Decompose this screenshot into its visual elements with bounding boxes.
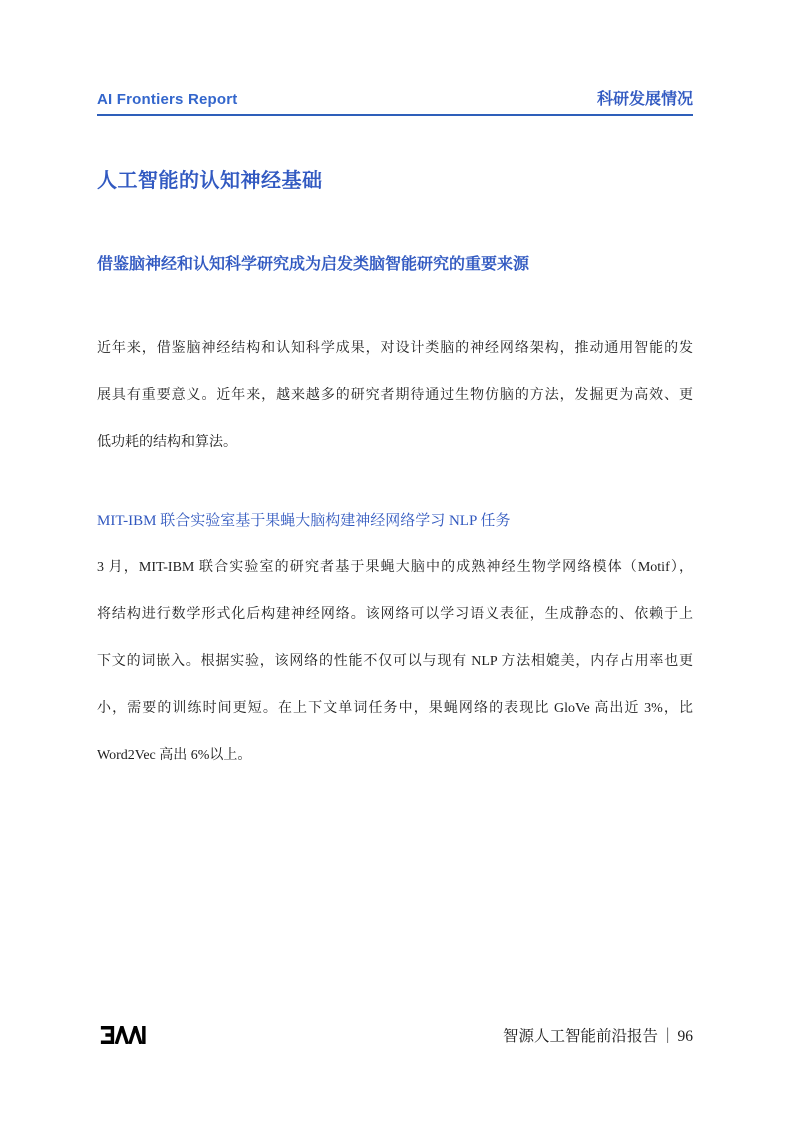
article-link-heading[interactable]: MIT-IBM 联合实验室基于果蝇大脑构建神经网络学习 NLP 任务 (97, 509, 510, 530)
paragraph-line: 展具有重要意义。近年来，越来越多的研究者期待通过生物仿脑的方法，发掘更为高效、更 (97, 372, 693, 419)
page-number: 96 (678, 1028, 694, 1045)
paragraph-line: 小，需要的训练时间更短。在上下文单词任务中，果蝇网络的表现比 GloVe 高出近… (97, 685, 693, 732)
page-footer: 智源人工智能前沿报告｜96 (97, 1023, 693, 1047)
paragraph-line: 下文的词嵌入。根据实验，该网络的性能不仅可以与现有 NLP 方法相媲美，内存占用… (97, 638, 693, 685)
baai-logo-icon (97, 1026, 149, 1044)
paragraph-line: Word2Vec 高出 6%以上。 (97, 732, 693, 779)
footer-report-name: 智源人工智能前沿报告 (503, 1028, 658, 1045)
footer-report-label: 智源人工智能前沿报告｜96 (503, 1024, 693, 1046)
footer-separator: ｜ (658, 1028, 678, 1045)
page-header: AI Frontiers Report 科研发展情况 (97, 86, 693, 116)
section-subheading: 借鉴脑神经和认知科学研究成为启发类脑智能研究的重要来源 (97, 251, 529, 274)
paragraph-article: 3 月，MIT-IBM 联合实验室的研究者基于果蝇大脑中的成熟神经生物学网络模体… (97, 544, 693, 779)
paragraph-line: 3 月，MIT-IBM 联合实验室的研究者基于果蝇大脑中的成熟神经生物学网络模体… (97, 544, 693, 591)
document-page: AI Frontiers Report 科研发展情况 人工智能的认知神经基础 借… (0, 0, 793, 1122)
paragraph-line: 近年来，借鉴脑神经结构和认知科学成果，对设计类脑的神经网络架构，推动通用智能的发 (97, 325, 693, 372)
paragraph-line: 低功耗的结构和算法。 (97, 419, 693, 466)
report-title-header: AI Frontiers Report (97, 91, 237, 108)
page-title: 人工智能的认知神经基础 (97, 164, 323, 193)
paragraph-intro: 近年来，借鉴脑神经结构和认知科学成果，对设计类脑的神经网络架构，推动通用智能的发… (97, 325, 693, 466)
section-name-header: 科研发展情况 (597, 86, 693, 109)
paragraph-line: 将结构进行数学形式化后构建神经网络。该网络可以学习语义表征，生成静态的、依赖于上 (97, 591, 693, 638)
